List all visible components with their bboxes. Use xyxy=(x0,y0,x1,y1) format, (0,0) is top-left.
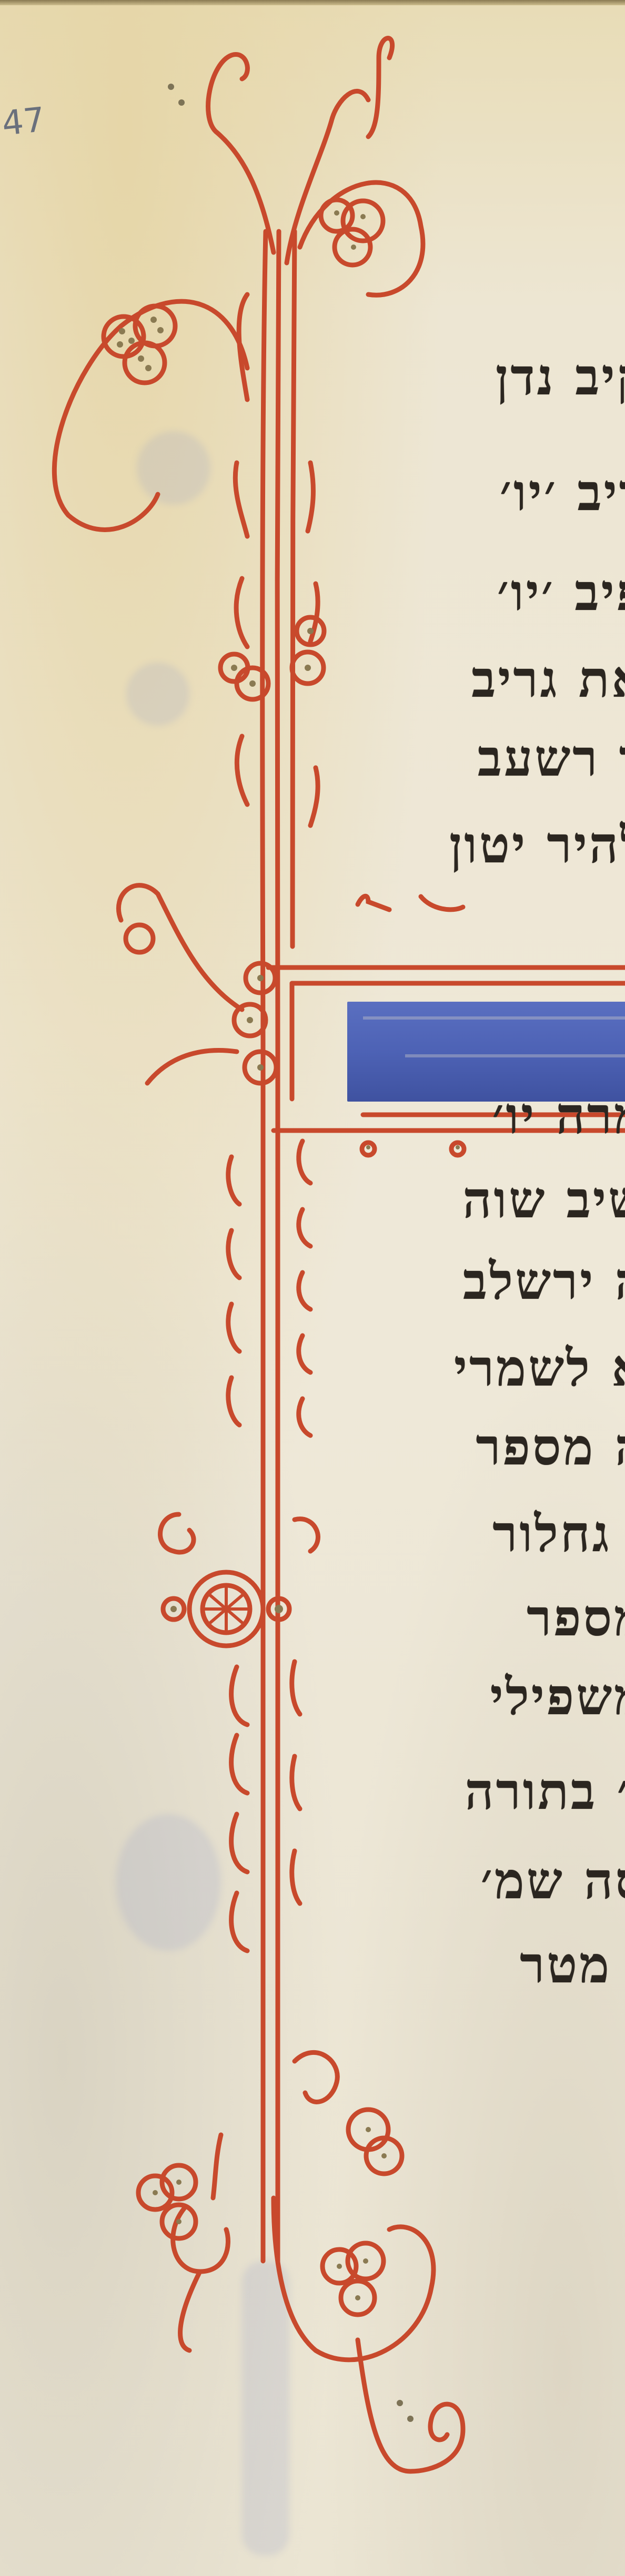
text-line-3: פיב ׳יו׳ xyxy=(497,563,625,622)
text-line-17: ן מטר xyxy=(520,1935,625,1994)
text-line-6: להיר יטון xyxy=(449,815,625,874)
text-line-11: ה מספר xyxy=(476,1417,625,1477)
text-line-14: משפילי xyxy=(490,1667,625,1726)
text-line-5: ר רשעב xyxy=(478,728,625,788)
text-column: קיב נדן ריב ׳יו׳ פיב ׳יו׳ את גריב ר רשעב… xyxy=(316,0,625,2576)
text-line-4: את גריב xyxy=(471,649,625,709)
text-line-2: ריב ׳יו׳ xyxy=(500,463,625,522)
text-line-1: קיב נדן xyxy=(496,347,625,406)
text-line-12: י גחלור xyxy=(492,1504,625,1563)
manuscript-page: 47 xyxy=(0,0,625,2576)
text-line-16: סה שמ׳ xyxy=(481,1851,625,1910)
text-line-15: י׳ בתורה xyxy=(465,1762,625,1821)
text-line-9: ה ירשלב xyxy=(463,1251,625,1311)
text-line-13: מספר xyxy=(527,1588,625,1647)
text-line-10: א לשמרי xyxy=(454,1338,625,1398)
text-line-8: שיב שוה xyxy=(462,1170,625,1229)
text-line-7: מרה יו׳ xyxy=(492,1086,625,1145)
